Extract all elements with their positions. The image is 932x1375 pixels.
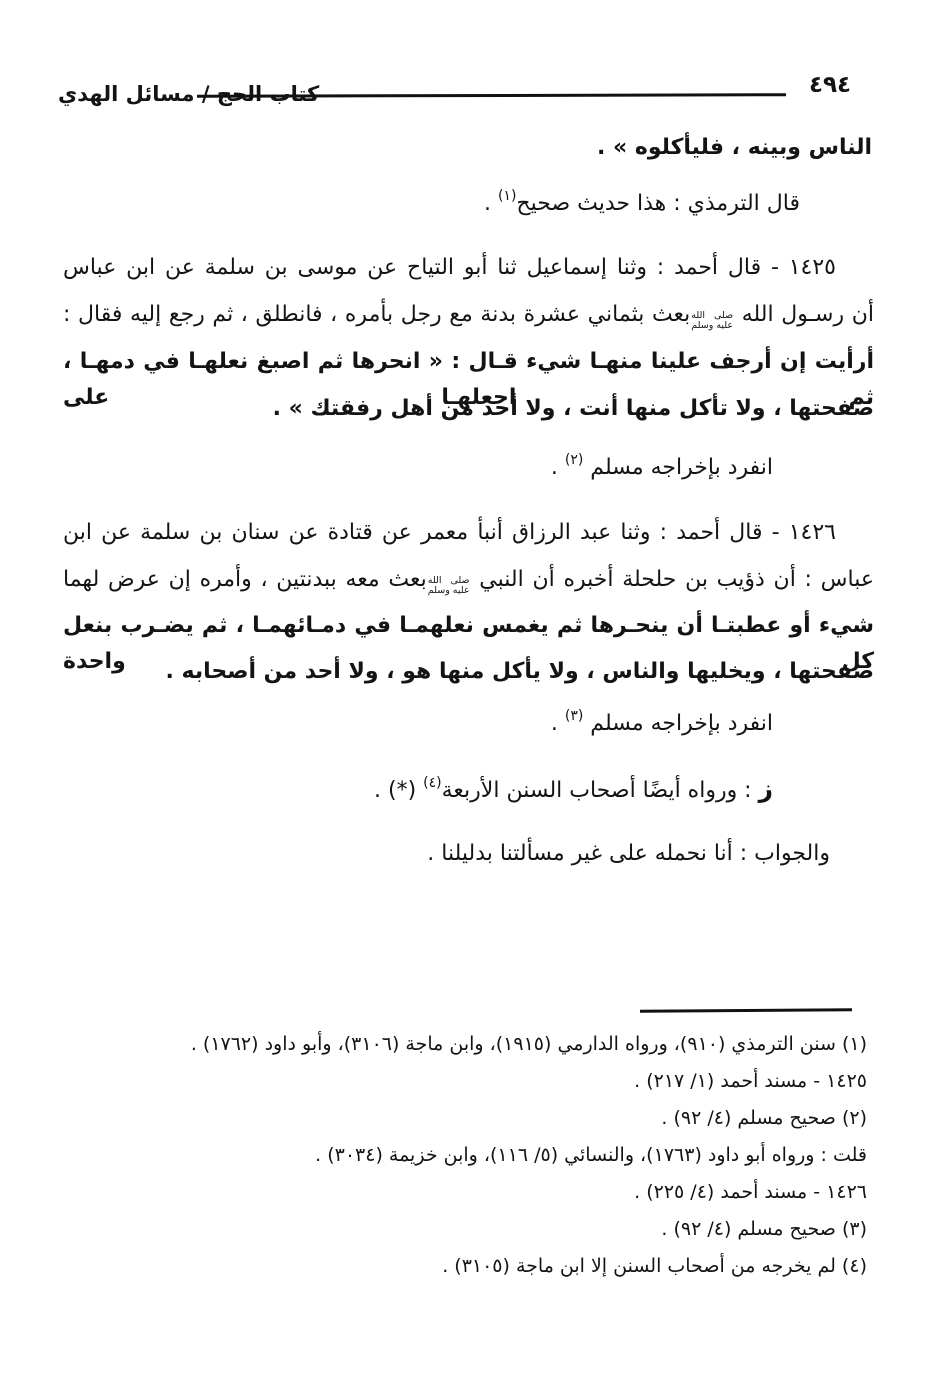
- footnote-1426-ref: ١٤٢٦ - مسند أحمد (٤/ ٢٢٥) .: [40, 1174, 867, 1211]
- hadith-1425-line-2: أن رسـول الله صلى اللهعليه وسلمبعث بثمان…: [63, 297, 874, 333]
- hadith-1426-line-4: صفحتها ، ويخليها والناس ، ولا يأكل منها …: [63, 654, 874, 690]
- line-2-before: عباس : أن ذؤيب بن حلحلة أخبره أن النبي: [471, 567, 874, 592]
- z-text: : ورواه أيضًا أصحاب السنن الأربعة: [442, 778, 759, 803]
- footnote-ref-2: (٢): [565, 442, 583, 478]
- saw-honorific: صلى اللهعليه وسلم: [691, 311, 733, 331]
- infarad-muslim-2-line: انفرد بإخراجه مسلم (٢) .: [551, 450, 773, 488]
- line-2-after: بعث معه ببدنتين ، وأمره إن عرض لهما: [63, 567, 427, 592]
- footnote-ref-1: (١): [498, 178, 516, 214]
- book-page: كتاب الحج / مسائل الهدي ٤٩٤ الناس وبينه …: [0, 0, 932, 1375]
- hadith-1426-line-2: عباس : أن ذؤيب بن حلحلة أخبره أن النبي ص…: [63, 562, 874, 598]
- tirmidhi-period: .: [484, 191, 498, 216]
- hadith-1425-line-1: ١٤٢٥ - قال أحمد : وثنا إسماعيل ثنا أبو ا…: [63, 250, 874, 286]
- tirmidhi-grade-line: قال الترمذي : هذا حديث صحيح(١) .: [484, 186, 800, 224]
- footnote-ref-3: (٣): [565, 698, 583, 734]
- saw-honorific: صلى اللهعليه وسلم: [428, 576, 470, 596]
- footnote-1: (١) سنن الترمذي (٩١٠)، ورواه الدارمي (١٩…: [40, 1026, 867, 1063]
- hadith-1425-line-4: صفحتها ، ولا تأكل منها أنت ، ولا أحد من …: [63, 391, 874, 427]
- footnote-1425-ref: ١٤٢٥ - مسند أحمد (١/ ٢١٧) .: [40, 1063, 867, 1100]
- hadith-1426-line-1: ١٤٢٦ - قال أحمد : وثنا عبد الرزاق أنبأ م…: [63, 515, 874, 551]
- line-2-after: بعث بثماني عشرة بدنة مع رجل بأمره ، فانط…: [63, 302, 690, 327]
- footnote-2: (٢) صحيح مسلم (٤/ ٩٢) .: [40, 1100, 867, 1137]
- header-rule: [197, 93, 786, 98]
- page-number: ٤٩٤: [799, 72, 861, 98]
- footnotes-section: (١) سنن الترمذي (٩١٠)، ورواه الدارمي (١٩…: [40, 1026, 867, 1285]
- z-tail: (*) .: [374, 778, 423, 803]
- footnote-ref-4: (٤): [423, 765, 441, 801]
- infarad-muslim-3-line: انفرد بإخراجه مسلم (٣) .: [551, 706, 773, 744]
- opening-quote-line: الناس وبينه ، فليأكلوه » .: [597, 130, 872, 166]
- infarad-3-text: انفرد بإخراجه مسلم: [583, 711, 773, 736]
- line-2-before: أن رسـول الله: [734, 302, 874, 327]
- infarad-2-text: انفرد بإخراجه مسلم: [583, 455, 773, 480]
- footnote-3: (٣) صحيح مسلم (٤/ ٩٢) .: [40, 1211, 867, 1248]
- response-line: والجواب : أنا نحمله على غير مسألتنا بدلي…: [427, 836, 830, 872]
- ziyada-source-line: ز : ورواه أيضًا أصحاب السنن الأربعة(٤) (…: [374, 771, 773, 811]
- z-marker: ز: [759, 774, 773, 803]
- infarad-3-period: .: [551, 711, 565, 736]
- footnote-4: (٤) لم يخرجه من أصحاب السنن إلا ابن ماجة…: [40, 1248, 867, 1285]
- tirmidhi-text: قال الترمذي : هذا حديث صحيح: [516, 191, 800, 216]
- infarad-2-period: .: [551, 455, 565, 480]
- saw-bottom: عليه وسلم: [428, 586, 470, 596]
- footnote-separator-rule: [640, 1008, 852, 1012]
- saw-bottom: عليه وسلم: [691, 321, 733, 331]
- footnote-qult: قلت : ورواه أبو داود (١٧٦٣)، والنسائي (٥…: [40, 1137, 867, 1174]
